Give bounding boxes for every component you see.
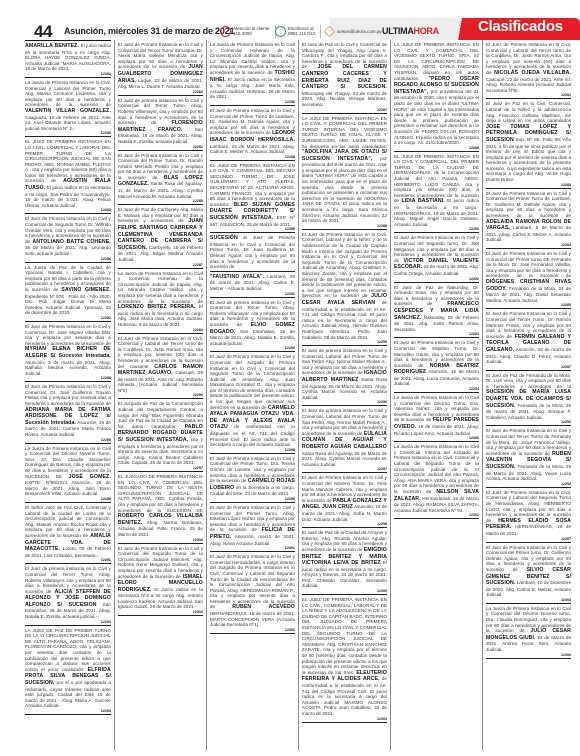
notice-code: 12291 <box>210 292 295 296</box>
legal-notice: El Juez de primera instancia en lo Civil… <box>25 564 111 625</box>
notice-code: 12286 <box>25 257 111 261</box>
deceased-name: JOSÉ GOMEZ. <box>69 474 111 480</box>
legal-notice: El Juez de Paz de Ñakunday, Dr. Armando … <box>394 283 479 339</box>
notice-text: EL JUEZ DE PRIMERA INSTANCIA EN LO CIVIL… <box>302 597 387 675</box>
legal-notice: El Juez de primera instancia en lo Civil… <box>302 406 387 473</box>
notice-code: 12295 <box>210 346 295 350</box>
notice-code: 12289 <box>394 146 479 150</box>
brand-logo: ULTIMAHORA <box>382 26 439 36</box>
legal-notice: El Señor Juez de Paz Civil, Comercial y … <box>25 503 111 564</box>
legal-notice: El Juez de Primera Instancia en lo Civil… <box>118 151 203 206</box>
legal-notice: El Juez de Primera Instancia en lo Civil… <box>302 473 387 528</box>
legal-notice: SUCESIÓN El Juez de Primera Instancia en… <box>210 233 295 272</box>
legal-notice: El Juez de Primera Instancia en lo Civil… <box>302 230 387 346</box>
notice-code: 12284 <box>486 243 571 247</box>
notice-text: Exp. Nº 85, Folio 89, Año 2021, a fin de… <box>486 137 571 182</box>
phone-icon <box>220 26 231 37</box>
notice-text: de conformidad a lo establecido en el Ar… <box>302 300 387 340</box>
notice-code: 12298 <box>302 522 387 526</box>
notice-text: Mbocayaty del Yhaguy, 23 de marzo de 202… <box>302 91 387 107</box>
notice-code: 12287 <box>486 365 571 369</box>
date-line: Asunción, miércoles 31 de marzo de 2021 <box>64 26 234 36</box>
legal-notice: El Juez de Primera Instancia en lo Civil… <box>118 334 203 400</box>
notice-text: El Juez de Primera Instancia en lo Civil… <box>25 384 111 406</box>
notice-text: EL JUEZ DE PRIMERA INSTANCIA EN LO CIVIL… <box>25 139 111 183</box>
notice-code: 12285 <box>486 303 571 307</box>
legal-notice: El Juez de Paz de Fernando de la Mora, D… <box>486 371 571 427</box>
deceased-name: VALENTIN VILLAR GONZALEZ. <box>25 108 111 114</box>
notice-code: 12296 <box>118 393 203 397</box>
notice-text: El Juez de Paz en lo Civil, Comercial, L… <box>486 101 571 123</box>
contact-email: avisos@uhora.com.py <box>324 23 382 39</box>
notice-code: 12293 <box>394 332 479 336</box>
notice-code: 12299 <box>210 497 295 501</box>
notice-code: 12298 <box>210 448 295 452</box>
legal-notice: AMARILLA BENITEZ. El juicio radica en la… <box>25 40 111 78</box>
section-title: Clasificados <box>478 18 563 35</box>
contact-value: 0981 111 013 <box>288 31 315 36</box>
legal-notice: El Juez de Primera Instancia en lo Civil… <box>486 426 571 487</box>
notice-text: Caaguazú, 10 de Febrero de 2021. Ante mí… <box>25 115 111 131</box>
deceased-name: LIDIA BASTIANI. <box>401 198 444 204</box>
notice-code: 12284 <box>118 328 203 332</box>
legal-notice: EL JUEZ DE PRIMERA INSTANCIA EN LO CIVIL… <box>25 137 111 214</box>
notice-text: por providencia del 21 de octubre de 202… <box>394 89 479 145</box>
legal-notice: LA JUEZ DE PRIMERA INSTANCIA EN LO CIVIL… <box>394 40 479 152</box>
legal-notice: El Juez de primera instancia en lo Civil… <box>302 346 387 406</box>
classifieds-columns: AMARILLA BENITEZ. El juicio radica en la… <box>22 40 574 750</box>
legal-notice: El Juez de Primera Instancia en lo Civil… <box>210 454 295 503</box>
legal-notice: El Juez de Primera Instancia en lo Civil… <box>394 338 479 393</box>
contact-customer-service: Atención al cliente415 2000 <box>220 23 276 39</box>
column-6: El Juez de Primera Instancia en lo Civil… <box>482 40 574 750</box>
legal-notice: El Juez de Primera Instancia en lo Civil… <box>486 309 571 370</box>
notice-text: El Juez de Primera Instancia en lo Civil… <box>25 324 111 346</box>
legal-notice: La Jueza de Primera Instancia en lo Civi… <box>118 269 203 334</box>
notice-code: 12294 <box>394 387 479 391</box>
notice-code: 12285 <box>118 199 203 203</box>
column-5: LA JUEZ DE PRIMERA INSTANCIA EN LO CIVIL… <box>390 40 482 750</box>
legal-notice: EL JUEZ DE PRIMERA INSTANCIA EN LO CIVIL… <box>394 152 479 234</box>
deceased-name: MYRIAN ELENA RICHER DE ALEGRE S/ Sucesió… <box>25 346 111 359</box>
notice-text: Expediente Nº 976 - Folio 94 - Año 2020.… <box>25 294 111 316</box>
notice-text: Caacupé, 22 de marzo de 2021. Ante mí: A… <box>486 77 571 93</box>
legal-notice: EL JUEZ DE PRIMERA INSTANCIA EN LO CIVIL… <box>210 161 295 234</box>
notice-code: 12289 <box>210 227 295 231</box>
notice-text: El Juez de Primera Instancia en lo Civil… <box>210 354 295 409</box>
legal-notice: "FAUSTINO AYALA". Lambaré, 26 de marzo d… <box>210 272 295 298</box>
notice-text: La Jueza de Primera Instancia en lo Civi… <box>118 271 203 304</box>
notice-code: 12290 <box>394 227 479 231</box>
notice-text: El Juez de Paz de Fernando de la Mora, D… <box>486 373 571 389</box>
legal-notice: El Juez de Primera Instancia en lo Civil… <box>210 352 295 454</box>
column-4: El Juez de Paz en lo Civil y Comercial d… <box>298 40 390 750</box>
legal-notice: La Jueza de Primera Instancia en lo Civi… <box>486 604 571 659</box>
notice-text: El Juez de Primera Instancia en lo Civil… <box>302 232 387 299</box>
legal-notice: LA JUEZ DE PRIMERA INSTANCIA EN LO CIVIL… <box>302 114 387 230</box>
contact-whatsapp: Escribinos al0981 111 013 <box>275 23 321 39</box>
notice-code: 12292 <box>118 145 203 149</box>
deceased-name: NICOLÁS OJEDA VILLALBA. <box>494 70 571 76</box>
notice-code: 12302 <box>394 513 479 517</box>
notice-code: 12292 <box>394 277 479 281</box>
notice-code: 12304 <box>302 717 387 721</box>
mail-icon <box>324 25 336 37</box>
legal-notice: La Jueza de Primera Instancia en lo Civi… <box>210 40 295 106</box>
legal-notice: EL JUZGADO DE PRIMERA INSTANCIA EN LO CI… <box>118 472 203 544</box>
legal-notice: El Juez de Paz en lo Civil, Comercial, L… <box>486 99 571 188</box>
notice-text: El Juez de Primera Instancia en lo Civil… <box>486 251 571 278</box>
legal-notice: La Jueza de Primera Instancia en lo Civi… <box>394 442 479 519</box>
deceased-name: ANTOLIANO BATTE COHENE. <box>32 239 110 245</box>
notice-code: 12294 <box>25 709 111 713</box>
legal-notice: La Jueza de Paz de la Ciudad de Ypacaraí… <box>25 263 111 322</box>
deceased-name: SAVINO GIMENEZ. <box>61 287 110 293</box>
legal-notice: El Juez de Primera Instancia en lo Civil… <box>25 214 111 262</box>
notice-code: 12292 <box>486 482 571 486</box>
notice-text: La Jueza de Primera Instancia en lo Civi… <box>394 444 479 494</box>
page-number: 44 <box>34 22 52 42</box>
notice-code: 12288 <box>25 376 111 380</box>
legal-notice: El Juez de Primera Instancia en lo Civil… <box>25 382 111 443</box>
notice-code: 12303 <box>486 598 571 602</box>
legal-notice: El Juez de Primera Instancia en lo Civil… <box>486 488 571 543</box>
legal-notice: El Juez de Primera Instancia en lo Civil… <box>25 322 111 382</box>
notice-code: 12289 <box>25 497 111 501</box>
legal-notice: El Juez de Paz de Carrbyrety Abg. María … <box>118 205 203 268</box>
notice-code: 12283 <box>118 90 203 94</box>
legal-notice: LA JUEZ DE PAZ DE PRIMER TURNO DE LA VI … <box>25 626 111 715</box>
notice-code: 12288 <box>302 224 387 228</box>
notice-text: El Juez de Primera Instancia en lo Civil… <box>210 554 295 609</box>
deceased-name: RUBEN ACEVEDO <box>232 604 295 610</box>
legal-notice: El Juzgado de Paz de la Circunscripción … <box>118 399 203 472</box>
notice-code: 12300 <box>302 589 387 593</box>
notice-text: HERNANDARIAS, 15 de marzo de 2021. MARTA… <box>210 611 295 627</box>
contact-value: 415 2000 <box>233 31 252 36</box>
legal-notice: El Juez de Primera Instancia en lo Civil… <box>486 40 571 99</box>
deceased-name: AMARILLA BENITEZ. <box>25 43 79 49</box>
page-header: 44 Asunción, miércoles 31 de marzo de 20… <box>0 0 580 40</box>
notice-text: LA JUEZ DE PRIMERA INSTANCIA EN LO CIVIL… <box>302 116 387 149</box>
notice-text: EL JUEZ DE PRIMERA INSTANCIA EN LO CIVIL… <box>210 163 295 207</box>
notice-text: EXPTE. Nº68/2021 Asunción, 25 de Marzo d… <box>25 480 111 496</box>
notice-code: 12287 <box>302 108 387 112</box>
notice-text: Lambaré, 24 de Marzo de 2021. Abog. Carl… <box>210 144 295 155</box>
notice-code: 12300 <box>118 538 203 542</box>
contact-email-address: avisos@uhora.com.py <box>337 29 382 34</box>
notice-text: Santa Rosa del Aguaray, 26 de Marzo de 2… <box>302 451 387 467</box>
legal-notice: La Jueza de Primera Instancia en lo Civi… <box>25 78 111 137</box>
legal-notice: El Juez de primera instancia en lo Civil… <box>210 298 295 353</box>
notice-code: 12283 <box>486 183 571 187</box>
notice-code: 12293 <box>25 620 111 624</box>
column-3: La Jueza de Primera Instancia en lo Civi… <box>206 40 298 750</box>
column-1: AMARILLA BENITEZ. El juicio radica en la… <box>22 40 114 750</box>
legal-notice: La Jueza de Primera Instancia en lo Civi… <box>25 444 111 503</box>
notice-code: 12290 <box>25 438 111 442</box>
notice-code: 12281 <box>486 93 571 97</box>
deceased-name: SUCESIÓN <box>210 235 238 241</box>
notice-code: 12297 <box>486 537 571 541</box>
notice-code: 12291 <box>25 558 111 562</box>
notice-code: 12301 <box>210 546 295 550</box>
notice-text: LA JUEZ DE PAZ DE PRIMER TURNO DE LA VI … <box>25 628 111 672</box>
notice-text: La Jueza de Primera Instancia en lo Civi… <box>25 80 111 107</box>
notice-code: 12286 <box>210 100 295 104</box>
notice-code: 12280 <box>25 131 111 135</box>
legal-notice: El Juez de Primera Instancia en lo Civil… <box>118 544 203 617</box>
divider <box>320 25 321 38</box>
legal-notice: El Juez de Paz de la Ciudad de Arroyos y… <box>302 528 387 595</box>
legal-notice: El Juez de Primera Instancia en lo Civil… <box>118 40 203 96</box>
legal-notice: El Juez de Primera Instancia en lo Civil… <box>210 106 295 161</box>
notice-text: de conformidad a lo establecido en el Ar… <box>302 676 387 716</box>
notice-code: 12297 <box>302 467 387 471</box>
legal-notice: El Juez de Primera Instancia en lo Civil… <box>486 189 571 249</box>
legal-notice: La Jueza de Primera Instancia en lo Civi… <box>394 393 479 442</box>
column-2: El Juez de Primera Instancia en lo Civil… <box>114 40 206 750</box>
notice-text: EL JUZGADO DE PRIMERA INSTANCIA EN LO CI… <box>118 474 203 513</box>
whatsapp-icon <box>275 26 286 37</box>
notice-code: 12282 <box>25 316 111 320</box>
notice-text: EL JUEZ DE PRIMERA INSTANCIA EN LO CIVIL… <box>394 154 479 204</box>
notice-code: 12290 <box>486 420 571 424</box>
deceased-name: LORENZO BRITEZ PEREIRA. <box>118 304 196 310</box>
legal-notice: El Juez de Primera Instancia en lo Civil… <box>486 543 571 604</box>
notice-code: 12303 <box>118 610 203 614</box>
notice-code: 12297 <box>118 466 203 470</box>
notice-text: Asunción, 3 de marzo de 2021. Abog. Nath… <box>25 360 111 376</box>
notice-text: El Juez de Primera Instancia en lo Civil… <box>486 191 571 218</box>
notice-code: 12295 <box>302 340 387 344</box>
notice-code: 12201 <box>25 72 111 76</box>
notice-code: 12303 <box>210 628 295 632</box>
notice-text: por providencia del 9 de marzo de 2021, … <box>302 156 387 224</box>
notice-code: 12283 <box>25 208 111 212</box>
deceased-name: "FAUSTINO AYALA". <box>210 274 264 280</box>
legal-notice: El Juez de Primera Instancia en lo Civil… <box>394 233 479 282</box>
notice-code: 12306 <box>486 653 571 657</box>
notice-code: 12300 <box>394 436 479 440</box>
legal-notice: El Juez de Primera Instancia en lo Civil… <box>486 249 571 309</box>
legal-notice: El Juez de Paz en lo Civil y Comercial d… <box>302 40 387 114</box>
notice-code: 12296 <box>302 400 387 404</box>
legal-notice: El Juez de primera instancia en lo Civil… <box>118 96 203 151</box>
legal-notice: EL JUEZ DE PRIMERA INSTANCIA EN LO CIVIL… <box>302 595 387 722</box>
notice-code: 12287 <box>118 263 203 267</box>
legal-notice: El Juez de Primera Instancia en lo Civil… <box>210 552 295 634</box>
notice-code: 12288 <box>210 155 295 159</box>
legal-notice: El Juez de Primera Instancia en lo Civil… <box>210 503 295 552</box>
notice-text: 25 de Marzo de 2021. Abg. Leonardo Soto,… <box>25 245 111 256</box>
